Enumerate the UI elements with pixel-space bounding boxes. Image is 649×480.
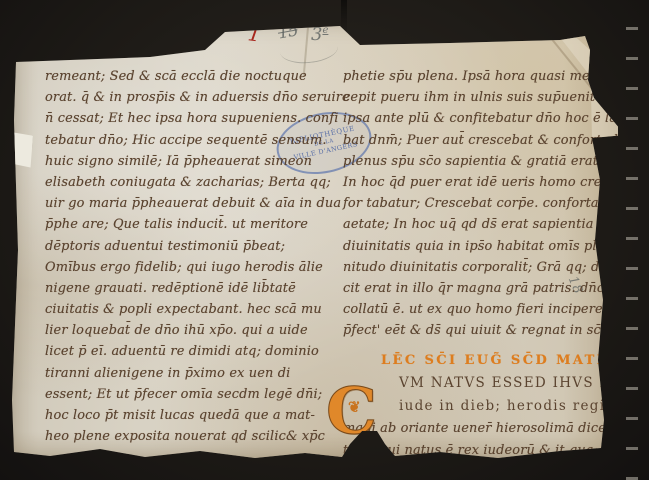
pencil-quire-suffix: e <box>322 25 328 36</box>
text-line: plenus sp̄u sc̄o sapientia & gratiā erat… <box>343 151 621 172</box>
text-line: for tabatur; Crescebat corp̄e. confortab… <box>343 193 621 214</box>
text-line: phetie sp̄u plena. Ipsā hora quasi me on… <box>343 66 621 87</box>
text-line: orat. q̄ & in prosp̄is & in aduersis dn̄… <box>45 87 337 108</box>
manuscript-page: 1 15 3e 18 BIBLIOTHÈQUE DE LA VILLE D'AN… <box>8 20 618 462</box>
text-line: heo plene exposita nouerat qd scilic& xp… <box>45 426 337 447</box>
text-line: remeant; Sed & scā ecclā die noctuque <box>45 66 337 87</box>
text-line: dēptoris aduentui testimoniū p̄beat; <box>45 236 337 257</box>
text-line: p̄fect' eēt & ds̄ qui uiuit & regnat in … <box>343 320 621 341</box>
initial-ornament: ❦ <box>348 400 361 415</box>
text-line: lier loquebat̄ de dn̄o ihū xp̄o. qui a u… <box>45 320 337 341</box>
rubric-line: LĒC SC̄I EUG̃ SC̄D MATH̄. <box>343 350 621 372</box>
text-line: bat dnm̄; Puer aut̄ crescebat & conforta… <box>343 130 621 151</box>
film-edge-ticks <box>626 0 638 480</box>
text-line: cepit pueru ihm in ulnis suis sup̄uenit … <box>343 87 621 108</box>
text-line: essent; Et ut p̄fecer omīa secdm legē dn… <box>45 384 337 405</box>
text-line: nitudo diuinitatis corporalit̄; Grā qq; … <box>343 257 621 278</box>
text-line: n̄ cessat; Et hec ipsa hora supueniens. … <box>45 108 337 129</box>
text-line: collatū ē. ut ex quo homo fieri incipere <box>343 299 621 320</box>
text-line: diuinitatis quia in ips̄o habitat omīs p… <box>343 236 621 257</box>
text-line: hoc loco p̄t misit lucas quedā que a mat… <box>45 405 337 426</box>
text-line: cit erat in illo q̄r magna grā patris. d… <box>343 278 621 299</box>
text-line: licet p̄ eī. aduentū re dimidi atq; domi… <box>45 341 337 362</box>
text-line: Omībus ergo fidelib; qui iugo herodis āl… <box>45 257 337 278</box>
text-line: ciuitatis & popli expectabant. hec scā m… <box>45 299 337 320</box>
text-line: huic signo similē; Iā p̄pheauerat simeon <box>45 151 337 172</box>
text-line: tebatur dn̄o; Hic accipe sequentē sensum… <box>45 130 337 151</box>
photograph-background: 1 15 3e 18 BIBLIOTHÈQUE DE LA VILLE D'AN… <box>0 0 649 480</box>
illuminated-initial: C❦ <box>326 376 396 452</box>
text-line: elisabeth coniugata & zacharias; Berta q… <box>45 172 337 193</box>
text-line: p̄phe are; Que talis inducit̄. ut merito… <box>45 214 337 235</box>
text-line: In hoc q̄d puer erat idē ueris homo cres… <box>343 172 621 193</box>
right-text-column: phetie sp̄u plena. Ipsā hora quasi me on… <box>343 66 621 461</box>
text-line: ipsa ante plū & confitebatur dn̄o hoc ē … <box>343 108 621 129</box>
folio-number-red: 1 <box>246 21 262 47</box>
text-line: nigene grauati. redēptionē idē lib̄tatē <box>45 278 337 299</box>
text-line: aetate; In hoc uq̄ qd ds̄ erat sapientia… <box>343 214 621 235</box>
repair-patch <box>8 132 33 169</box>
text-line: uir go maria p̄pheauerat debuit & aīa in… <box>45 193 337 214</box>
text-line: tiranni alienigene in p̄ximo ex uen di <box>45 363 337 384</box>
left-text-column: remeant; Sed & scā ecclā die noctuque or… <box>45 66 337 447</box>
